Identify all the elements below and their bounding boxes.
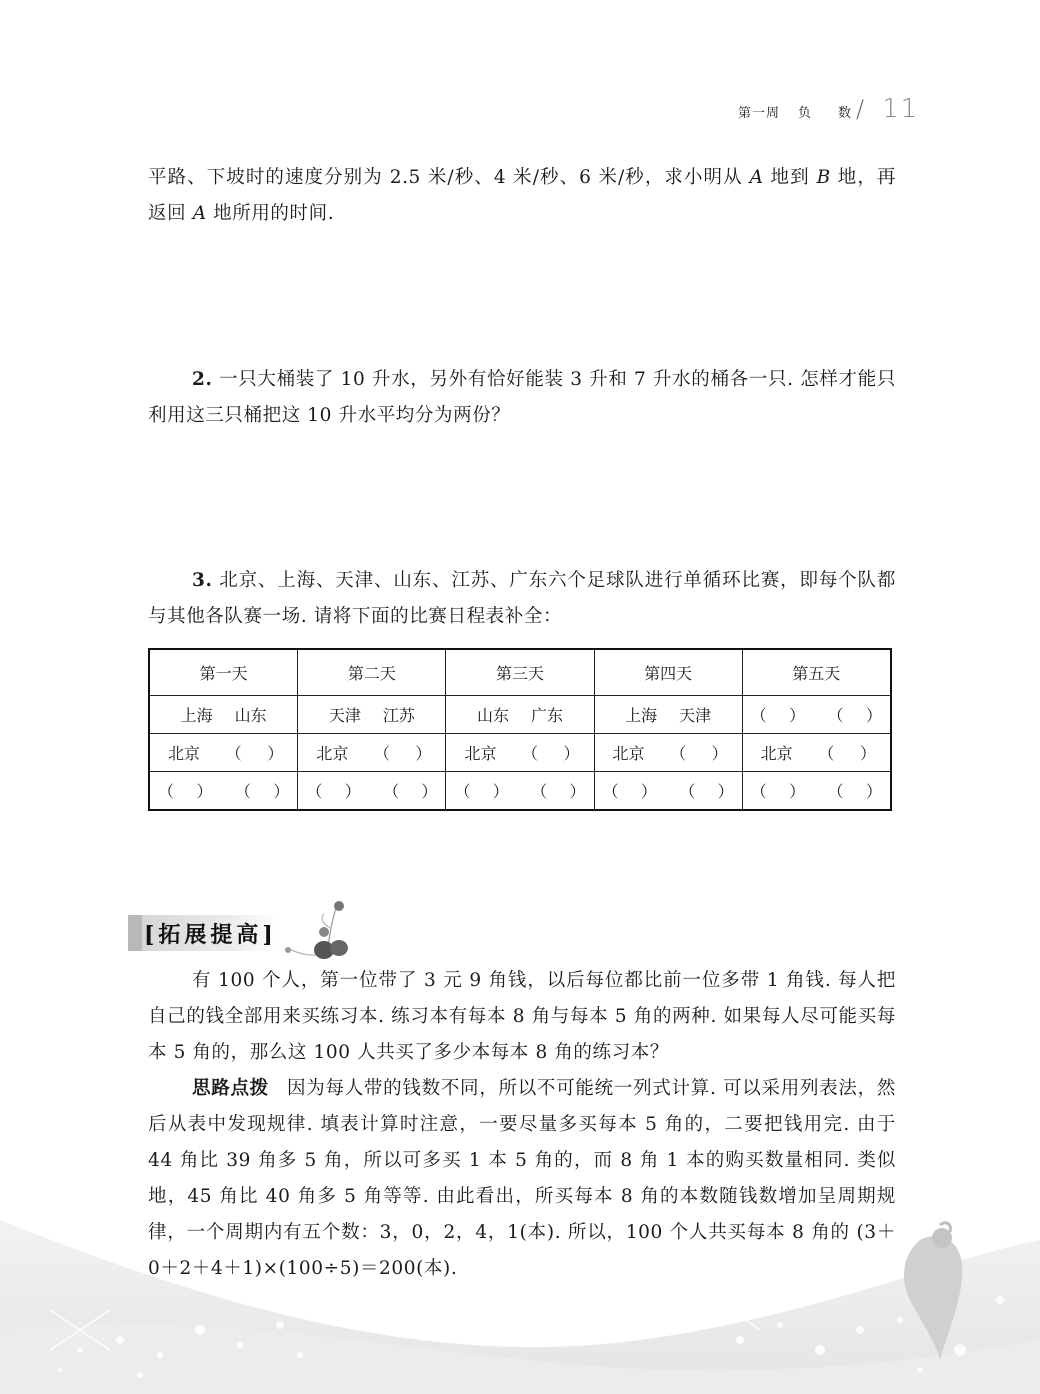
- team-name: 天津: [329, 703, 361, 726]
- table-header-row: 第一天 第二天 第三天 第四天 第五天: [149, 649, 891, 696]
- paren: （: [374, 741, 390, 764]
- paren: （: [828, 703, 844, 726]
- problem-1-continued: 平路、下坡时的速度分别为 2.5 米/秒、4 米/秒、6 米/秒，求小明从 A …: [148, 160, 896, 232]
- paren: （: [828, 779, 844, 802]
- team-name: 山东: [477, 703, 509, 726]
- problem-2: 2. 一只大桶装了 10 升水，另外有恰好能装 3 升和 7 升水的桶各一只. …: [148, 362, 896, 434]
- paren: （: [751, 779, 767, 802]
- problem-2-text: 一只大桶装了 10 升水，另外有恰好能装 3 升和 7 升水的桶各一只. 怎样才…: [148, 369, 896, 426]
- match-cell: 北京（）: [446, 734, 594, 772]
- header-day-5: 第五天: [742, 649, 891, 696]
- paren: ）: [196, 779, 212, 802]
- hint-label: 思路点拨: [192, 1078, 269, 1099]
- paren: （: [603, 779, 619, 802]
- paren: ）: [712, 741, 728, 764]
- paren: ）: [860, 741, 876, 764]
- var-b: B: [817, 167, 831, 188]
- paren: （: [454, 779, 470, 802]
- match-cell: 上海天津: [594, 696, 742, 734]
- extension-problem: 有 100 个人，第一位带了 3 元 9 角钱，以后每位都比前一位多带 1 角钱…: [148, 963, 896, 1071]
- paren: ）: [345, 779, 361, 802]
- match-cell: 上海山东: [149, 696, 298, 734]
- problem-1-text-a: 平路、下坡时的速度分别为 2.5 米/秒、4 米/秒、6 米/秒，求小明从: [148, 167, 750, 188]
- table-row: 北京（） 北京（） 北京（） 北京（） 北京（）: [149, 734, 891, 772]
- paren: （: [383, 779, 399, 802]
- header-day-3: 第三天: [446, 649, 594, 696]
- paren: （: [531, 779, 547, 802]
- match-cell-blank: （）（）: [742, 696, 891, 734]
- team-name: 江苏: [383, 703, 415, 726]
- table-row: （）（） （）（） （）（） （）（） （）（）: [149, 772, 891, 811]
- paren: （: [226, 741, 242, 764]
- paren: ）: [493, 779, 509, 802]
- match-cell-blank: （）（）: [149, 772, 298, 811]
- match-cell-blank: （）（）: [594, 772, 742, 811]
- problem-3-text: 北京、上海、天津、山东、江苏、广东六个足球队进行单循环比赛，即每个队都与其他各队…: [148, 570, 896, 627]
- running-head: 第一周 负 数 / 11: [738, 94, 919, 124]
- paren: ）: [789, 703, 805, 726]
- match-cell: 北京（）: [742, 734, 891, 772]
- team-name: 上海: [625, 703, 657, 726]
- section-heading-extension: [拓展提高]: [128, 915, 278, 951]
- match-cell: 山东广东: [446, 696, 594, 734]
- paren: ）: [421, 779, 437, 802]
- paren: ）: [415, 741, 431, 764]
- paren: ）: [718, 779, 734, 802]
- match-schedule-table: 第一天 第二天 第三天 第四天 第五天 上海山东 天津江苏 山东广东 上海天津 …: [148, 648, 892, 811]
- paren: （: [670, 741, 686, 764]
- running-head-topic-2: 数: [838, 102, 852, 121]
- team-name: 广东: [531, 703, 563, 726]
- table-row: 上海山东 天津江苏 山东广东 上海天津 （）（）: [149, 696, 891, 734]
- var-a: A: [750, 167, 764, 188]
- match-cell-blank: （）（）: [446, 772, 594, 811]
- match-cell: 北京（）: [594, 734, 742, 772]
- paren: （: [679, 779, 695, 802]
- team-name: 北京: [613, 741, 645, 764]
- var-a-2: A: [193, 203, 207, 224]
- team-name: 北京: [761, 741, 793, 764]
- running-head-separator: /: [856, 95, 864, 123]
- paren: ）: [789, 779, 805, 802]
- flower-decoration-icon: [282, 888, 362, 963]
- paren: （: [522, 741, 538, 764]
- hint-text: 因为每人带的钱数不同，所以不可能统一列式计算. 可以采用列表法，然后从表中发现规…: [148, 1078, 896, 1279]
- problem-1-text-b: 地到: [764, 167, 817, 188]
- header-day-1: 第一天: [149, 649, 298, 696]
- dolphin-decoration-icon: [880, 1220, 990, 1370]
- paren: （: [751, 703, 767, 726]
- paren: （: [158, 779, 174, 802]
- problem-3-number: 3.: [192, 570, 213, 591]
- match-cell: 北京（）: [149, 734, 298, 772]
- team-name: 山东: [235, 703, 267, 726]
- running-head-chapter: 第一周: [738, 102, 780, 121]
- paren: （: [818, 741, 834, 764]
- hint-paragraph: 思路点拨因为每人带的钱数不同，所以不可能统一列式计算. 可以采用列表法，然后从表…: [148, 1071, 896, 1287]
- paren: ）: [273, 779, 289, 802]
- paren: ）: [564, 741, 580, 764]
- paren: ）: [267, 741, 283, 764]
- paren: （: [235, 779, 251, 802]
- section-title: [拓展提高]: [144, 918, 277, 949]
- team-name: 北京: [168, 741, 200, 764]
- team-name: 天津: [679, 703, 711, 726]
- paren: ）: [866, 779, 882, 802]
- problem-1-text-d: 地所用的时间.: [207, 203, 335, 224]
- paren: ）: [570, 779, 586, 802]
- team-name: 上海: [181, 703, 213, 726]
- team-name: 北京: [316, 741, 348, 764]
- paren: ）: [641, 779, 657, 802]
- paren: ）: [866, 703, 882, 726]
- running-head-topic-1: 负: [798, 102, 812, 121]
- problem-2-number: 2.: [192, 369, 213, 390]
- extension-problem-text: 有 100 个人，第一位带了 3 元 9 角钱，以后每位都比前一位多带 1 角钱…: [148, 970, 896, 1063]
- match-cell: 北京（）: [298, 734, 446, 772]
- problem-3: 3. 北京、上海、天津、山东、江苏、广东六个足球队进行单循环比赛，即每个队都与其…: [148, 563, 896, 635]
- header-day-2: 第二天: [298, 649, 446, 696]
- header-day-4: 第四天: [594, 649, 742, 696]
- match-cell-blank: （）（）: [742, 772, 891, 811]
- page-number: 11: [882, 94, 919, 124]
- team-name: 北京: [464, 741, 496, 764]
- paren: （: [306, 779, 322, 802]
- match-cell: 天津江苏: [298, 696, 446, 734]
- match-cell-blank: （）（）: [298, 772, 446, 811]
